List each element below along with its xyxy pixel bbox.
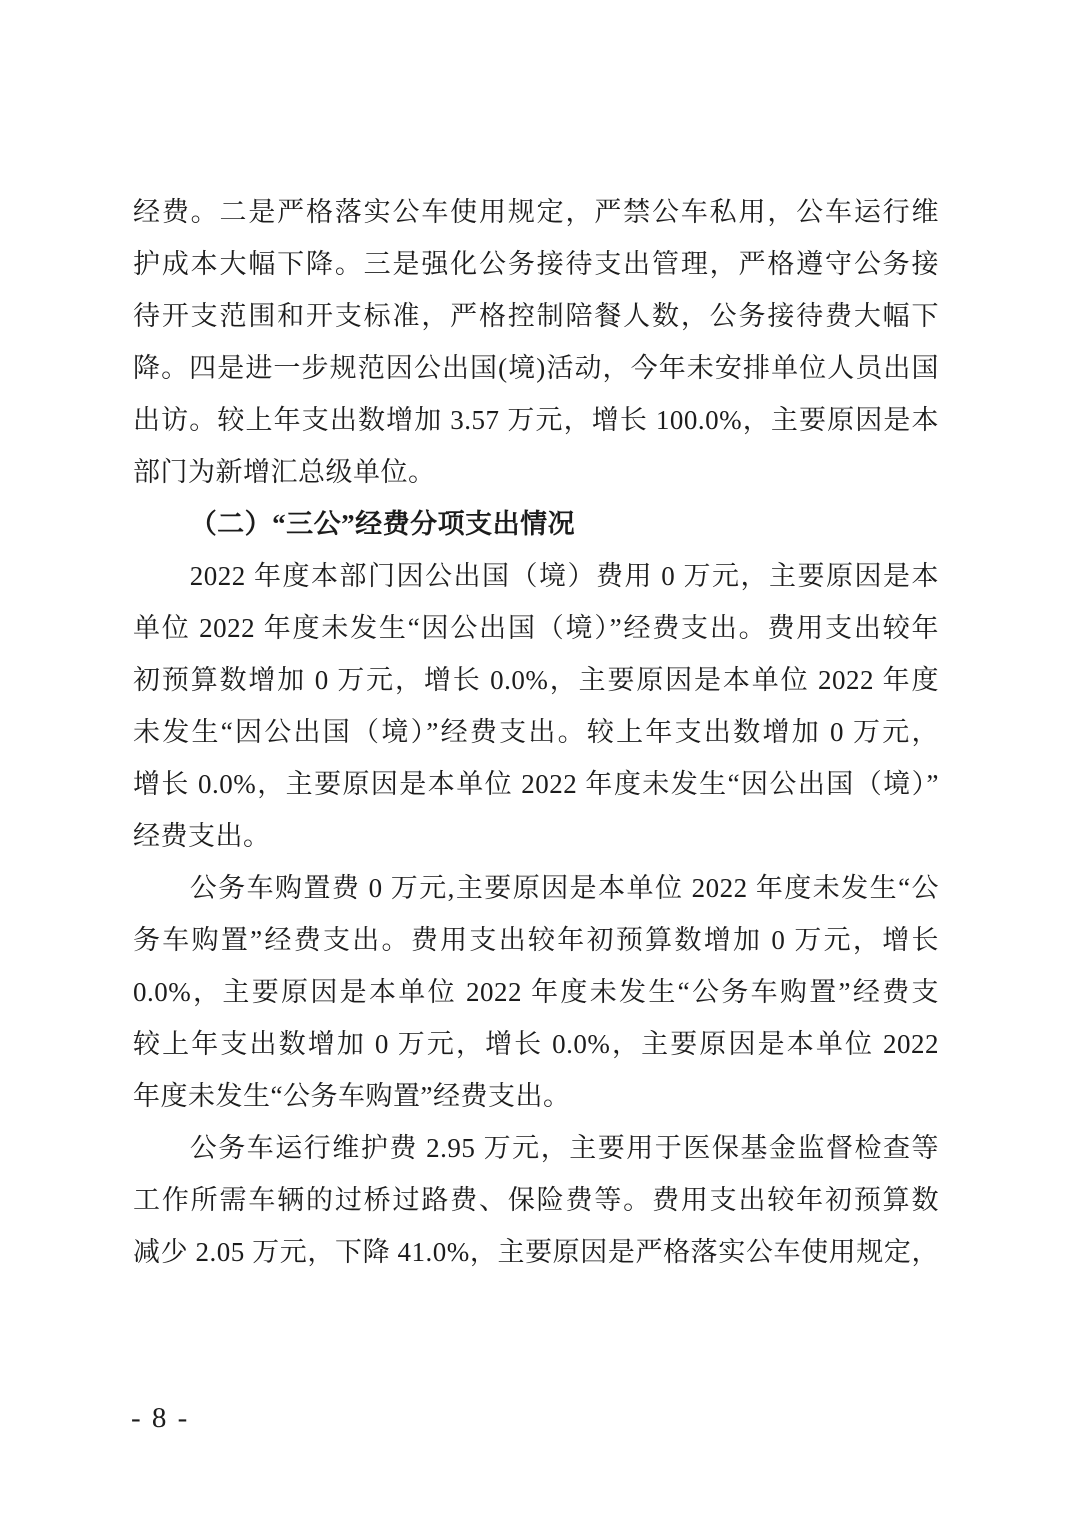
text-line: 0.0%，主要原因是本单位 2022 年度未发生“公务车购置”经费支出。 xyxy=(133,966,939,1018)
text-line: 务车购置”经费支出。费用支出较年初预算数增加 0 万元，增长 xyxy=(133,914,939,966)
text-line: 经费。二是严格落实公车使用规定，严禁公车私用，公车运行维 xyxy=(133,186,939,238)
text-line: 出访。较上年支出数增加 3.57 万元，增长 100.0%，主要原因是本 xyxy=(133,394,939,446)
text-line: 降。四是进一步规范因公出国(境)活动，今年未安排单位人员出国 xyxy=(133,342,939,394)
page-number: - 8 - xyxy=(131,1402,189,1434)
text-line: 未发生“因公出国（境）”经费支出。较上年支出数增加 0 万元， xyxy=(133,706,939,758)
text-line: 工作所需车辆的过桥过路费、保险费等。费用支出较年初预算数 xyxy=(133,1174,939,1226)
text-line: 增长 0.0%，主要原因是本单位 2022 年度未发生“因公出国（境）” xyxy=(133,758,939,810)
text-line: 单位 2022 年度未发生“因公出国（境）”经费支出。费用支出较年 xyxy=(133,602,939,654)
text-line: 待开支范围和开支标准，严格控制陪餐人数，公务接待费大幅下 xyxy=(133,290,939,342)
text-line: 较上年支出数增加 0 万元，增长 0.0%，主要原因是本单位 2022 xyxy=(133,1018,939,1070)
text-line: 部门为新增汇总级单位。 xyxy=(133,446,939,498)
text-line: 公务车购置费 0 万元,主要原因是本单位 2022 年度未发生“公 xyxy=(133,862,939,914)
text-line: 年度未发生“公务车购置”经费支出。 xyxy=(133,1070,939,1122)
document-page: 经费。二是严格落实公车使用规定，严禁公车私用，公车运行维 护成本大幅下降。三是强… xyxy=(0,0,1074,1520)
text-line: 护成本大幅下降。三是强化公务接待支出管理，严格遵守公务接 xyxy=(133,238,939,290)
document-body: 经费。二是严格落实公车使用规定，严禁公车私用，公车运行维 护成本大幅下降。三是强… xyxy=(133,186,939,1278)
text-line: 经费支出。 xyxy=(133,810,939,862)
text-line: 2022 年度本部门因公出国（境）费用 0 万元，主要原因是本 xyxy=(133,550,939,602)
text-line: 初预算数增加 0 万元，增长 0.0%，主要原因是本单位 2022 年度 xyxy=(133,654,939,706)
section-heading: （二）“三公”经费分项支出情况 xyxy=(133,498,939,550)
text-line: 公务车运行维护费 2.95 万元，主要用于医保基金监督检查等 xyxy=(133,1122,939,1174)
text-line: 减少 2.05 万元，下降 41.0%，主要原因是严格落实公车使用规定， xyxy=(133,1226,939,1278)
page-footer: - 8 - xyxy=(131,1398,189,1438)
